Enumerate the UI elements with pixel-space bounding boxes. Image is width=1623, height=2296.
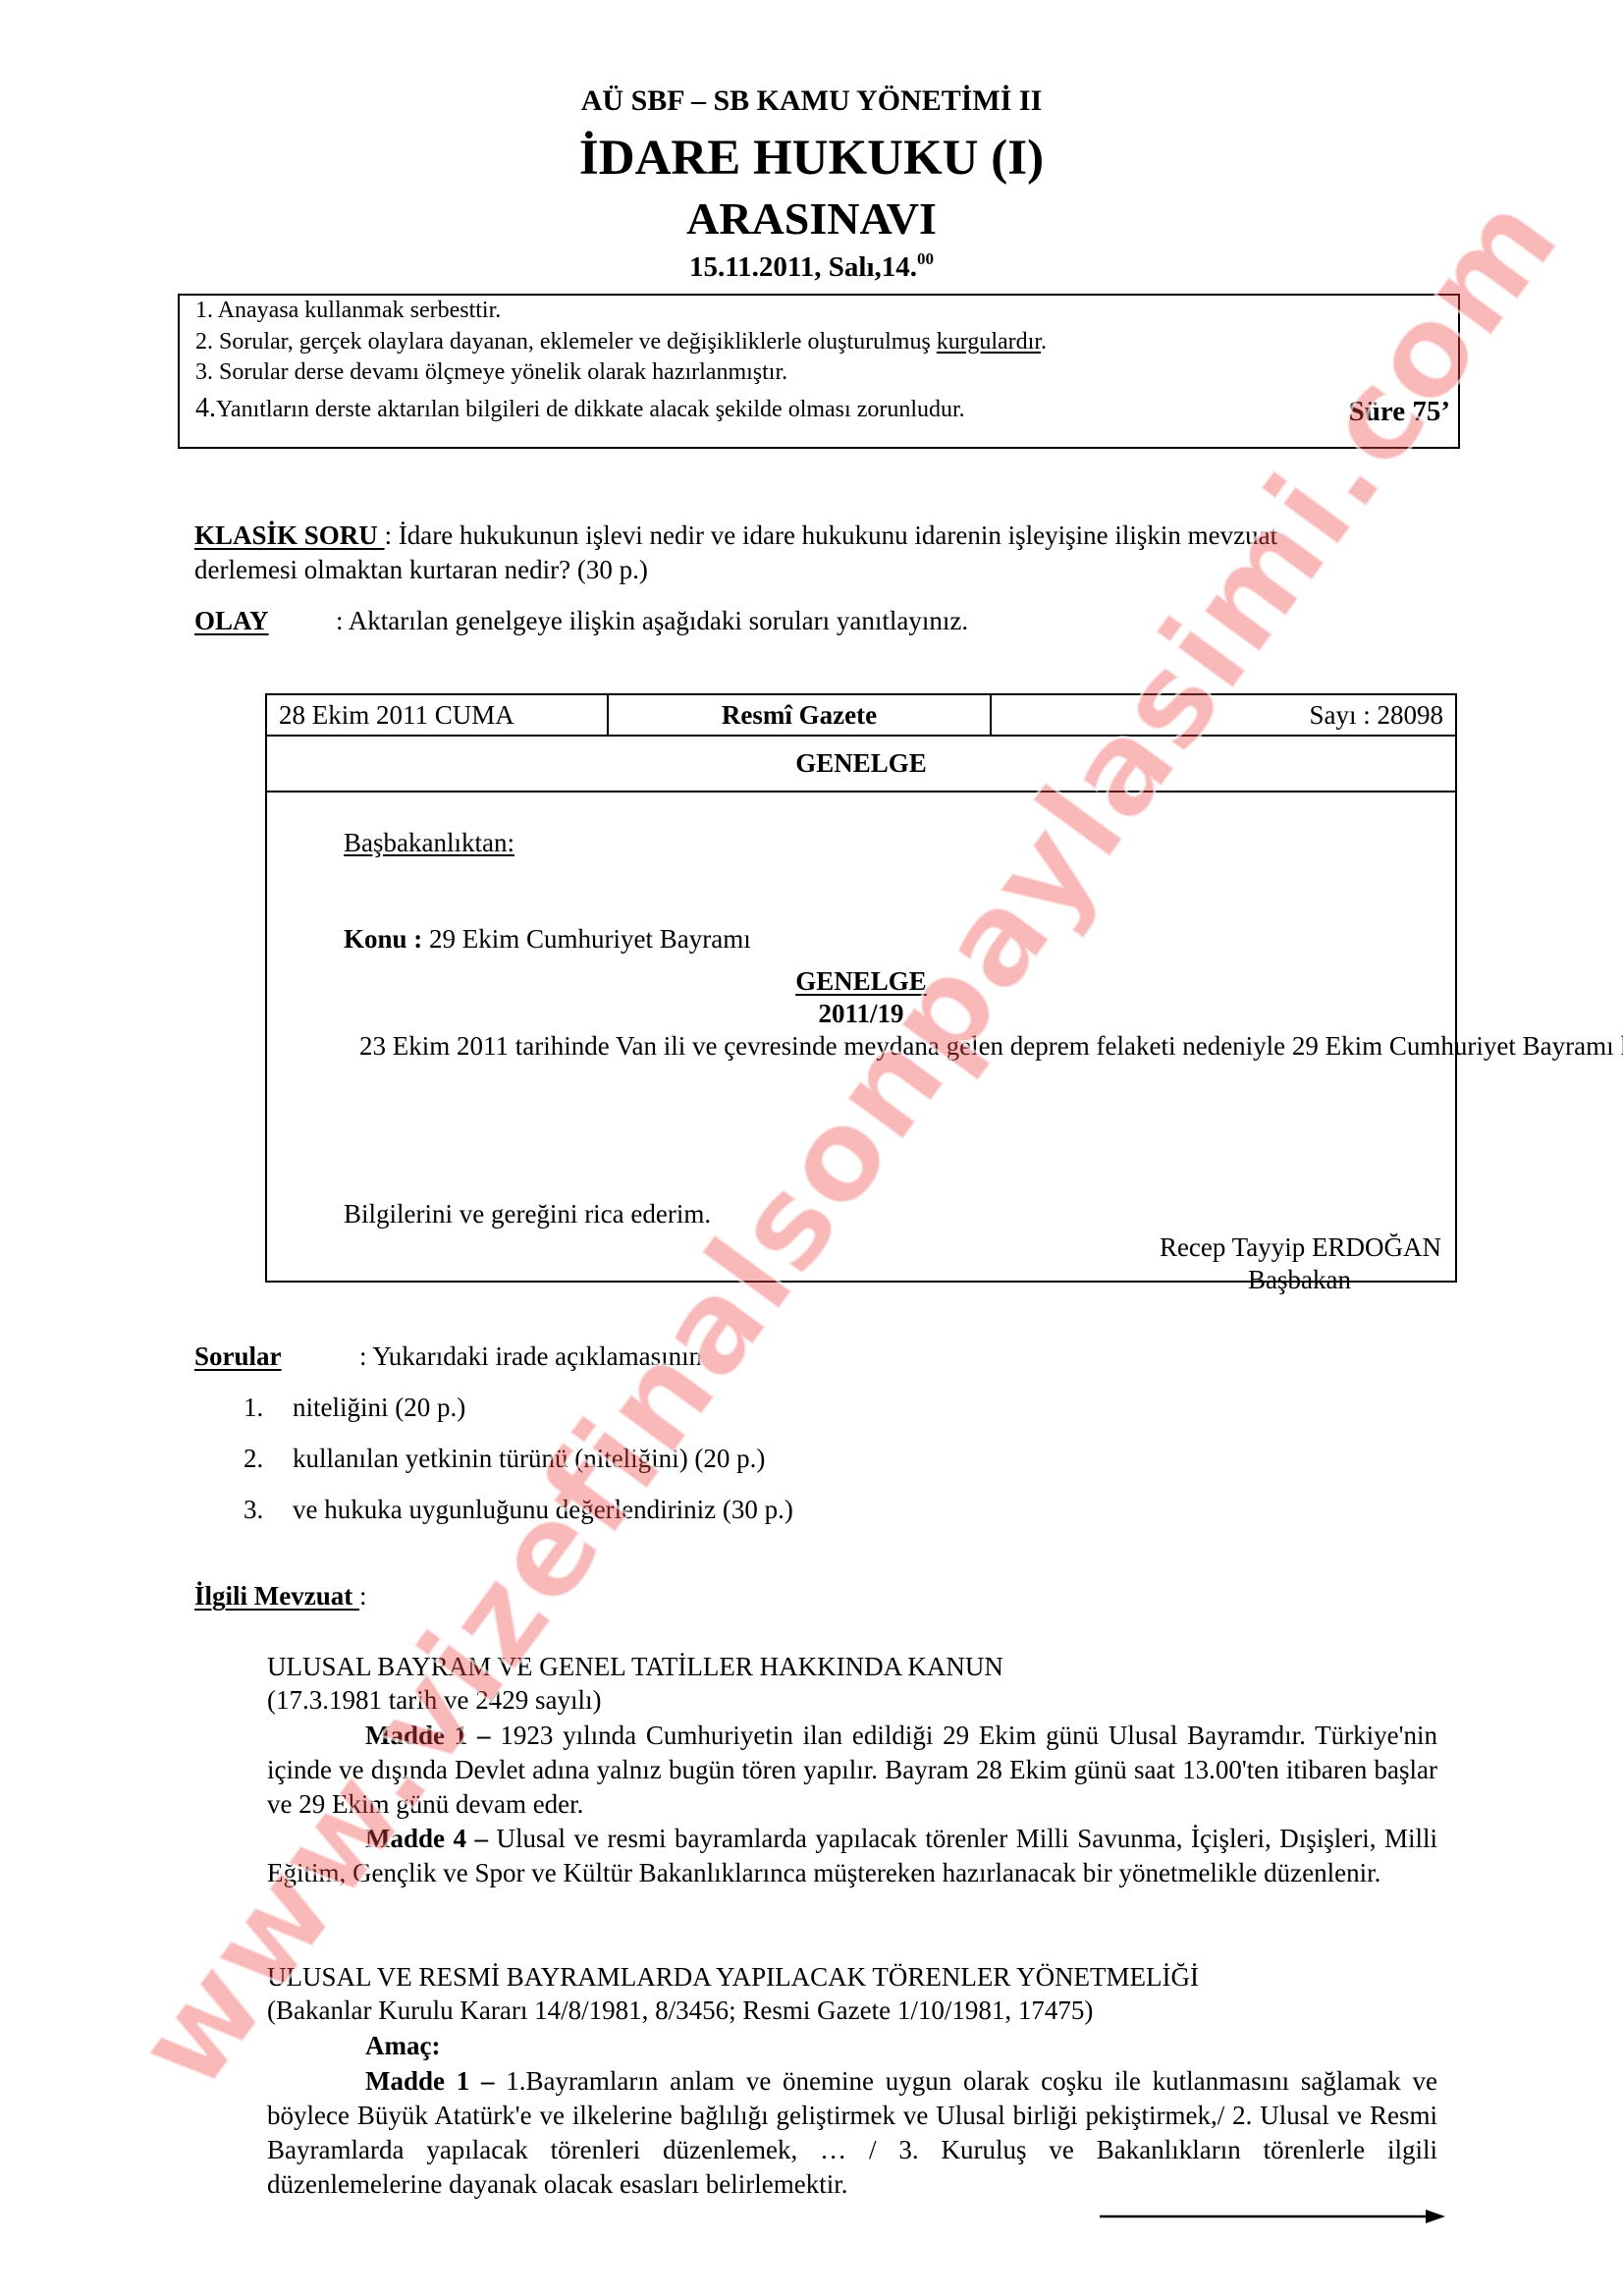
law1-article1-label: Madde 1 – — [365, 1721, 500, 1750]
course-heading: AÜ SBF – SB KAMU YÖNETİMİ II — [0, 84, 1623, 118]
legislation-heading: İlgili Mevzuat : — [194, 1581, 367, 1612]
circular-paragraph: 23 Ekim 2011 tarihinde Van ili ve çevres… — [281, 1030, 1441, 1063]
questions-intro: : Yukarıdaki irade açıklamasının — [359, 1341, 702, 1371]
question-1-number: 1. — [243, 1393, 293, 1423]
classic-question-line1: KLASİK SORU : İdare hukukunun işlevi ned… — [194, 520, 1277, 551]
signatory-title: Başbakan — [1248, 1265, 1351, 1295]
case-label: OLAY — [194, 606, 336, 636]
exam-time-superscript: 00 — [917, 249, 934, 268]
circular-from: Başbakanlıktan: — [344, 828, 514, 858]
law2-reference: (Bakanlar Kurulu Kararı 14/8/1981, 8/345… — [267, 1995, 1093, 2026]
law2-purpose-label: Amaç: — [365, 2031, 440, 2061]
gazette-issue: Sayı : 28098 — [992, 695, 1455, 735]
question-1-text: niteliğini (20 p.) — [293, 1393, 465, 1422]
question-2-number: 2. — [243, 1444, 293, 1474]
circular-number: 2011/19 — [281, 999, 1441, 1029]
exam-subtitle: ARASINAVI — [0, 192, 1623, 245]
circular-title: GENELGE — [281, 966, 1441, 997]
question-2: 2.kullanılan yetkinin türünü (niteliğini… — [243, 1444, 765, 1474]
gazette-name: Resmî Gazete — [609, 695, 992, 735]
case-line: OLAY: Aktarılan genelgeye ilişkin aşağıd… — [194, 606, 968, 636]
rule-4-number: 4. — [195, 393, 216, 423]
gazette-header-row: 28 Ekim 2011 CUMA Resmî Gazete Sayı : 28… — [267, 695, 1455, 737]
exam-rules-box: 1. Anayasa kullanmak serbesttir. 2. Soru… — [178, 294, 1460, 449]
exam-title: İDARE HUKUKU (I) — [0, 130, 1623, 187]
rule-3: 3. Sorular derse devamı ölçmeye yönelik … — [195, 359, 787, 386]
rule-2: 2. Sorular, gerçek olaylara dayanan, ekl… — [195, 329, 1047, 355]
arrow-right-icon — [1100, 2210, 1445, 2223]
law1-article4: Madde 4 – Ulusal ve resmi bayramlarda ya… — [267, 1822, 1437, 1890]
circular-subject-text: 29 Ekim Cumhuriyet Bayramı — [422, 924, 750, 954]
questions-heading: Sorular: Yukarıdaki irade açıklamasının — [194, 1341, 702, 1372]
case-text: : Aktarılan genelgeye ilişkin aşağıdaki … — [336, 606, 968, 635]
law2-article1: Madde 1 – 1.Bayramların anlam ve önemine… — [267, 2064, 1437, 2202]
exam-date-text: 15.11.2011, Salı,14. — [689, 251, 917, 283]
rule-4-text: Yanıtların derste aktarılan bilgileri de… — [216, 397, 965, 422]
law1-title: ULUSAL BAYRAM VE GENEL TATİLLER HAKKINDA… — [267, 1652, 1003, 1682]
exam-date: 15.11.2011, Salı,14.00 — [0, 251, 1623, 284]
law2-article1-label: Madde 1 – — [365, 2066, 506, 2096]
classic-question-text: : İdare hukukunun işlevi nedir ve idare … — [385, 520, 1278, 550]
legislation-label: İlgili Mevzuat — [194, 1581, 359, 1611]
gazette-date: 28 Ekim 2011 CUMA — [267, 695, 609, 735]
classic-question-label: KLASİK SORU — [194, 520, 385, 550]
question-3-number: 3. — [243, 1495, 293, 1525]
circular-closing: Bilgilerini ve gereğini rica ederim. — [344, 1199, 711, 1230]
law1-article1: Madde 1 – 1923 yılında Cumhuriyetin ilan… — [267, 1719, 1437, 1822]
law1-article4-label: Madde 4 – — [365, 1824, 497, 1853]
question-1: 1.niteliğini (20 p.) — [243, 1393, 465, 1423]
question-3: 3.ve hukuka uygunluğunu değerlendiriniz … — [243, 1495, 793, 1525]
question-3-text: ve hukuka uygunluğunu değerlendiriniz (3… — [293, 1495, 793, 1524]
question-2-text: kullanılan yetkinin türünü (niteliğini) … — [293, 1444, 765, 1473]
law2-title: ULUSAL VE RESMİ BAYRAMLARDA YAPILACAK TÖ… — [267, 1962, 1199, 1993]
law1-reference: (17.3.1981 tarih ve 2429 sayılı) — [267, 1685, 601, 1716]
gazette-section-type: GENELGE — [267, 737, 1455, 793]
circular-subject-label: Konu : — [344, 924, 422, 954]
questions-label: Sorular — [194, 1341, 359, 1372]
rule-2-text: 2. Sorular, gerçek olaylara dayanan, ekl… — [195, 329, 937, 355]
official-gazette-box: 28 Ekim 2011 CUMA Resmî Gazete Sayı : 28… — [265, 693, 1457, 1283]
rule-1: 1. Anayasa kullanmak serbesttir. — [195, 298, 501, 324]
rule-4: 4.Yanıtların derste aktarılan bilgileri … — [195, 393, 965, 424]
signatory-name: Recep Tayyip ERDOĞAN — [1160, 1232, 1441, 1263]
classic-question-line2: derlemesi olmaktan kurtaran nedir? (30 p… — [194, 555, 648, 585]
rule-2-end: . — [1041, 329, 1047, 355]
rule-2-underlined: kurgulardır — [937, 329, 1041, 355]
legislation-colon: : — [359, 1581, 367, 1611]
circular-subject: Konu : 29 Ekim Cumhuriyet Bayramı — [344, 924, 751, 955]
duration-label: Süre 75’ — [1349, 396, 1450, 428]
